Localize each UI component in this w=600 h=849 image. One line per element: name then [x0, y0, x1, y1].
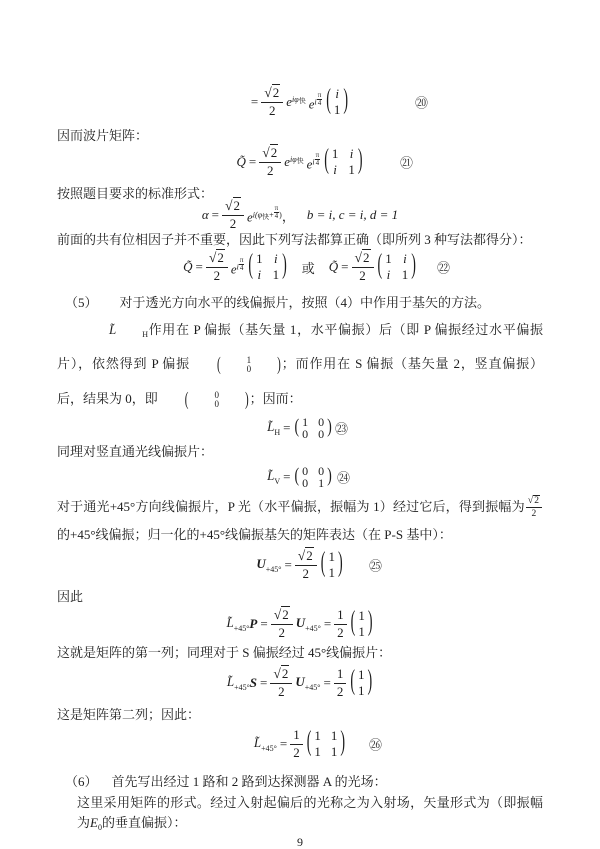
- equation-25-body: U+45° = √2 2 ( 11 ): [256, 548, 343, 582]
- equation-24-body: L̃V = ( 0001 ): [267, 465, 333, 489]
- exp-phi-plus-pi4-term: ei(φ快+π4): [247, 205, 282, 226]
- paragraph-LH: L̃H作用在 P 偏振（基矢量 1，水平偏振）后（即 P 偏振经过水平偏振片），…: [57, 313, 543, 417]
- equation-alpha-body: α = √2 2 ei(φ快+π4) ， b = i, c = i, d = 1: [202, 198, 398, 232]
- U45-symbol: U+45°: [296, 615, 321, 632]
- paragraph-final-text-b: 的垂直偏振）：: [102, 815, 187, 830]
- equals-sign: =: [284, 557, 291, 573]
- U45-symbol: U+45°: [256, 556, 281, 573]
- equation-25: U+45° = √2 2 ( 11 ) ㉕: [57, 549, 543, 581]
- item-5-text: 对于透光方向水平的线偏振片，按照（4）中作用于基矢的方法。: [120, 292, 491, 311]
- item-6-line: （6） 首先写出经过 1 路和 2 路到达探测器 A 的光场：: [57, 771, 543, 790]
- paragraph-45deg: 对于通光+45°方向线偏振片，P 光（水平偏振，振幅为 1）经过它后，得到振幅为…: [57, 493, 543, 549]
- sqrt2-over-2: √2 2: [261, 85, 283, 119]
- equals-sign: =: [323, 675, 330, 691]
- equation-L45-S-body: L̃+45° S = √2 2 U+45° = 1 2 ( 11 ): [227, 666, 373, 700]
- P-vector-symbol: P: [249, 616, 257, 632]
- paragraph-vertical-polarizer: 同理对竖直通光线偏振片：: [57, 444, 543, 460]
- one-half: 1 2: [334, 667, 347, 700]
- equation-20: = √2 2 eiφ快 eiπ4 ( i1 ) ⑳: [57, 85, 543, 119]
- inline-sqrt2-over-2: √22: [526, 496, 542, 519]
- LV-symbol: L̃V: [267, 468, 280, 485]
- sqrt2-over-2: √2 2: [206, 250, 228, 284]
- equation-L45-P: L̃+45° P = √2 2 U+45° = 1 2 ( 11 ): [57, 607, 543, 641]
- L45-symbol: L̃+45°: [254, 735, 277, 752]
- equation-21-body: Q̃ = √2 2 eiφ快 eiπ4 ( 1ii1 ): [236, 145, 363, 179]
- equation-23: L̃H = ( 1000 ) ㉓: [57, 417, 543, 439]
- matrix-11-11: ( 1111 ): [306, 728, 346, 759]
- paragraph-first-column: 这就是矩阵的第一列；同理对于 S 偏振经过 45°线偏振片：: [57, 645, 543, 661]
- equation-23-body: L̃H = ( 1000 ): [267, 416, 333, 440]
- equals-sign: =: [260, 675, 267, 691]
- sqrt2-over-2: √2 2: [222, 198, 244, 232]
- page-number: 9: [57, 835, 543, 849]
- LH-symbol: L̃H: [83, 313, 148, 347]
- sqrt2-over-2: √2 2: [270, 666, 292, 700]
- E-field-symbol: E: [90, 815, 98, 830]
- exp-pi4-term: eiπ4: [231, 257, 245, 278]
- matrix-1i-i1: ( 1ii1 ): [247, 251, 287, 282]
- equals-sign: =: [196, 259, 203, 275]
- column-vector-1-1: ( 11 ): [349, 667, 373, 698]
- equals-sign: =: [251, 94, 258, 110]
- paragraph-final: 这里采用矩阵的形式。经过入射起偏后的光称之为入射场，矢量形式为（即振幅为E0的垂…: [57, 793, 543, 833]
- equation-26-body: L̃+45° = 1 2 ( 1111 ): [254, 728, 346, 761]
- S-vector-symbol: S: [250, 675, 257, 691]
- one-half: 1 2: [334, 608, 347, 641]
- exp-pi4-term: eiπ4: [307, 152, 321, 173]
- or-word: 或: [302, 258, 315, 277]
- LH-symbol: L̃H: [267, 419, 280, 436]
- equals-sign: =: [280, 736, 287, 752]
- L45-symbol: L̃+45°: [227, 674, 250, 691]
- sqrt2-over-2: √2 2: [352, 250, 374, 284]
- bcd-values: b = i, c = i, d = 1: [307, 207, 398, 223]
- equals-sign: =: [212, 207, 219, 223]
- equation-26: L̃+45° = 1 2 ( 1111 ) ㉖: [57, 727, 543, 761]
- U45-symbol: U+45°: [295, 674, 320, 691]
- radical-sign: √: [264, 85, 272, 100]
- equation-number-22: ㉒: [437, 258, 450, 277]
- paragraph-45deg-text-a: 对于通光+45°方向线偏振片，P 光（水平偏振，振幅为 1）经过它后，得到振幅为: [57, 499, 525, 514]
- L45-symbol: L̃+45°: [226, 615, 249, 632]
- sqrt2-over-2: √2 2: [271, 607, 293, 641]
- exp-pi4-term: eiπ4: [309, 92, 323, 113]
- matrix-1i-i1: ( 1ii1 ): [323, 146, 363, 177]
- equation-number-23: ㉓: [335, 419, 348, 438]
- paragraph-thus: 因此: [57, 589, 543, 605]
- item-6-label: （6）: [65, 771, 98, 790]
- paragraph-phase-factor: 前面的共有位相因子并不重要，因此下列写法都算正确（即所列 3 种写法都得分）：: [57, 232, 543, 248]
- equation-number-26: ㉖: [369, 735, 382, 754]
- column-vector-i-1: ( i1 ): [325, 86, 349, 117]
- equation-number-24: ㉔: [337, 468, 350, 487]
- paragraph-45deg-text-b: 的+45°线偏振；归一化的+45°线偏振基矢的矩阵表达（在 P-S 基中）：: [57, 527, 452, 542]
- page-content: = √2 2 eiφ快 eiπ4 ( i1 ) ⑳ 因而波片矩阵： Q̃ = √…: [0, 0, 600, 849]
- equation-L45-P-body: L̃+45° P = √2 2 U+45° = 1 2 ( 11 ): [226, 607, 373, 641]
- matrix-10-00: ( 1000 ): [294, 416, 333, 440]
- alpha-symbol: α: [202, 207, 209, 223]
- exp-phi-term: eiφ快: [286, 94, 305, 110]
- equals-sign: =: [260, 616, 267, 632]
- equation-24: L̃V = ( 0001 ) ㉔: [57, 463, 543, 491]
- one-half: 1 2: [290, 728, 303, 761]
- equation-22-body: Q̃ = √2 2 eiπ4 ( 1ii1 ) 或 Q̃ = √2 2 ( 1i…: [183, 250, 417, 284]
- equals-sign: =: [283, 420, 290, 436]
- equation-number-20: ⑳: [415, 93, 428, 112]
- document-page: = √2 2 eiφ快 eiπ4 ( i1 ) ⑳ 因而波片矩阵： Q̃ = √…: [0, 0, 600, 849]
- equals-sign: =: [249, 154, 256, 170]
- equation-L45-S: L̃+45° S = √2 2 U+45° = 1 2 ( 11 ): [57, 665, 543, 701]
- equals-sign: =: [283, 469, 290, 485]
- exp-phi-term: eiφ快: [284, 154, 303, 170]
- item-5-label: （5）: [65, 292, 98, 311]
- paragraph-waveplate: 因而波片矩阵：: [57, 128, 543, 144]
- radicand: 2: [272, 84, 281, 100]
- paragraph-second-column: 这是矩阵第二列；因此：: [57, 707, 543, 723]
- equation-number-21: ㉑: [400, 153, 413, 172]
- equation-alpha: α = √2 2 ei(φ快+π4) ， b = i, c = i, d = 1: [57, 202, 543, 228]
- matrix-00-01: ( 0001 ): [294, 465, 333, 489]
- equation-22: Q̃ = √2 2 eiπ4 ( 1ii1 ) 或 Q̃ = √2 2 ( 1i…: [57, 250, 543, 284]
- equation-21: Q̃ = √2 2 eiφ快 eiπ4 ( 1ii1 ) ㉑: [57, 144, 543, 180]
- denominator: 2: [261, 103, 283, 119]
- equals-sign: =: [341, 259, 348, 275]
- Q-matrix-symbol: Q̃: [236, 154, 245, 170]
- equation-20-body: = √2 2 eiφ快 eiπ4 ( i1 ): [251, 85, 349, 119]
- sqrt2-over-2: √2 2: [259, 145, 281, 179]
- Q-matrix-symbol: Q̃: [329, 259, 338, 275]
- comma: ，: [282, 206, 295, 225]
- matrix-1i-i1: ( 1ii1 ): [377, 251, 417, 282]
- equals-sign: =: [324, 616, 331, 632]
- sqrt2-over-2: √2 2: [295, 548, 317, 582]
- column-vector-1-1: ( 11 ): [350, 608, 374, 639]
- column-vector-1-1: ( 11 ): [320, 549, 344, 580]
- item-6-text: 首先写出经过 1 路和 2 路到达探测器 A 的光场：: [112, 771, 387, 790]
- item-5-line: （5） 对于透光方向水平的线偏振片，按照（4）中作用于基矢的方法。: [57, 292, 543, 311]
- equation-number-25: ㉕: [369, 556, 382, 575]
- Q-matrix-symbol: Q̃: [183, 259, 192, 275]
